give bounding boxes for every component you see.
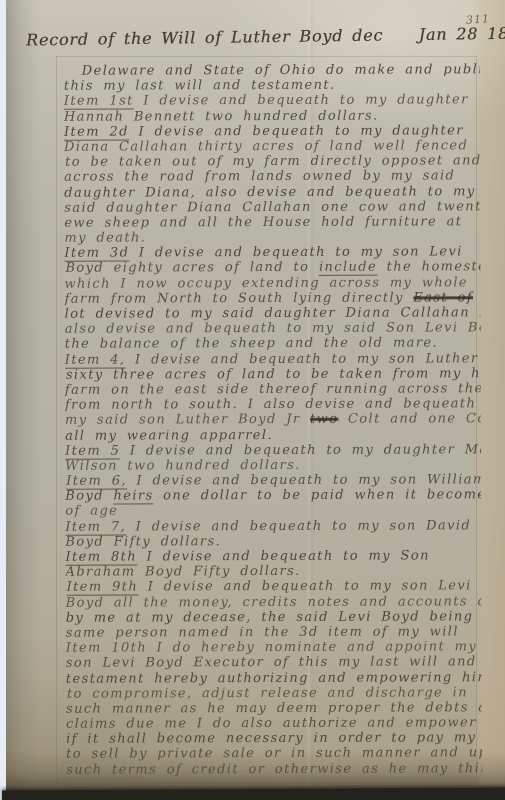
handwriting-line: Item 5 I devise and bequeath to my daugh… <box>65 442 481 459</box>
handwriting-text: Diana Callahan thirty acres of land well… <box>64 138 468 154</box>
handwriting-text: Boyd Fifty dollars. <box>65 534 221 550</box>
handwriting-text: Abraham Boyd Fifty dollars. <box>66 564 301 580</box>
handwriting-text: by me at my decease, the said Levi Boyd … <box>66 609 483 626</box>
handwriting-text: to be taken out of my farm directly oppo… <box>65 153 482 169</box>
handwriting-text: I devise and bequeath to my Son <box>137 548 430 564</box>
handwriting-line: such manner as he may deem proper the de… <box>66 700 482 717</box>
handwriting-text: to compromise, adjust release and discha… <box>67 685 468 701</box>
underlined-text: Item 8th <box>65 549 137 565</box>
underlined-text: Item 3d <box>64 246 129 262</box>
handwriting-line: Item 4, I devise and bequeath to my son … <box>65 351 481 368</box>
bottom-page-shadow <box>6 750 505 792</box>
handwriting-line: Hannah Bennett two hundred dollars. <box>64 108 480 125</box>
handwriting-line: Boyd all the money, credits notes and ac… <box>66 594 482 611</box>
handwriting-line: ewe sheep and all the House hold furnitu… <box>64 214 480 231</box>
handwriting-line: which I now occupy extending across my w… <box>64 275 480 292</box>
handwriting-line: from north to south. I also devise and b… <box>65 396 481 413</box>
handwriting-line: all my wearing apparrel. <box>65 427 481 444</box>
handwriting-line: of age <box>65 503 481 520</box>
underlined-text: Item 2d <box>64 124 129 140</box>
book-edge-band <box>2 787 505 800</box>
handwriting-text: all my wearing apparrel. <box>65 428 273 444</box>
handwriting-line: farm on the east side thereof running ac… <box>65 381 481 398</box>
underlined-text: Item 4, <box>65 352 126 368</box>
handwriting-text: testament hereby authorizing and empower… <box>66 670 482 686</box>
handwriting-line: Diana Callahan thirty acres of land well… <box>64 138 480 155</box>
handwriting-text: I devise and bequeath to my son Levi <box>138 579 472 595</box>
handwriting-text: if it shall become necessary in order to… <box>66 730 482 747</box>
handwriting-text: I devise and bequeath to my daughter <box>129 123 464 139</box>
handwriting-lines: Delaware and State of Ohio do make and p… <box>64 62 482 779</box>
handwriting-line: daughter Diana, also devise and bequeath… <box>64 184 480 201</box>
handwriting-line: claims due me I do also authorize and em… <box>66 715 482 732</box>
handwriting-text: claims due me I do also authorize and em… <box>66 715 482 732</box>
handwriting-text: said daughter Diana Callahan one cow and… <box>64 199 482 215</box>
handwriting-line: to compromise, adjust release and discha… <box>67 685 482 702</box>
underlined-text: Item 9th <box>67 580 139 596</box>
handwriting-text: son Levi Boyd Executor of this my last w… <box>66 655 477 671</box>
underlined-text: include <box>319 260 377 276</box>
handwriting-line: Boyd eighty acres of land to include the… <box>65 260 481 277</box>
struck-text: East of <box>413 290 473 305</box>
handwriting-text: I devise and bequeath to my son William <box>127 472 482 488</box>
handwriting-text: sixty three acres of land to be taken fr… <box>66 366 482 383</box>
handwriting-line: by me at my decease, the said Levi Boyd … <box>66 609 482 626</box>
handwriting-text: the balance of the sheep and the old mar… <box>65 336 438 352</box>
handwriting-line: Item 10th I do hereby nominate and appoi… <box>66 639 482 656</box>
handwriting-text: Item 10th I do hereby nominate and appoi… <box>66 639 477 655</box>
handwriting-text: I devise and bequeath to my daughter Mar… <box>120 442 482 458</box>
handwriting-text: I devise and bequeath to my son Levi <box>129 245 463 261</box>
handwriting-text: Boyd all the money, credits notes and ac… <box>66 594 483 611</box>
handwriting-line: Abraham Boyd Fifty dollars. <box>66 563 482 580</box>
handwriting-line: to be taken out of my farm directly oppo… <box>65 153 481 170</box>
underlined-text: Item 1st <box>64 94 134 110</box>
handwriting-line: Item 1st I devise and bequeath to my dau… <box>64 93 480 110</box>
handwriting-line: my death. <box>64 229 480 246</box>
handwriting-line: Delaware and State of Ohio do make and p… <box>82 62 480 79</box>
handwriting-text: farm from North to South lying directly <box>65 290 414 306</box>
handwriting-text: I devise and bequeath to my son Luther B… <box>125 351 482 367</box>
handwriting-line: same person named in the 3d item of my w… <box>66 624 482 641</box>
handwriting-text: from north to south. I also devise and b… <box>65 396 482 413</box>
handwriting-text: I devise and bequeath to my son David <box>126 518 471 534</box>
handwriting-line: lot devised to my said daughter Diana Ca… <box>65 305 481 322</box>
handwriting-text: across the road from lands owned by my s… <box>64 169 455 185</box>
handwriting-line: my said son Luther Boyd Jr two Colt and … <box>65 412 481 429</box>
handwriting-text: this my last will and testament. <box>64 78 336 94</box>
underlined-text: Item 7, <box>65 519 126 535</box>
handwriting-text: one dollar to be paid when it becomes <box>154 487 483 503</box>
handwriting-text: my death. <box>64 231 146 246</box>
struck-text: two <box>310 412 338 427</box>
handwriting-text: my said son Luther Boyd Jr <box>65 412 310 428</box>
handwriting-line: sixty three acres of land to be taken fr… <box>66 366 482 383</box>
handwriting-line: the balance of the sheep and the old mar… <box>65 336 481 353</box>
handwriting-text: Boyd <box>65 489 113 504</box>
handwriting-line: also devise and bequeath to my said Son … <box>65 320 481 337</box>
handwriting-line: Wilson two hundred dollars. <box>65 457 481 474</box>
handwriting-line: Item 9th I devise and bequeath to my son… <box>67 579 483 596</box>
handwriting-line: Item 3d I devise and bequeath to my son … <box>64 245 480 262</box>
handwriting-text: same person named in the 3d item of my w… <box>66 624 459 640</box>
handwriting-line: Item 2d I devise and bequeath to my daug… <box>64 123 480 140</box>
handwriting-line: Boyd heirs one dollar to be paid when it… <box>65 488 481 505</box>
handwriting-line: testament hereby authorizing and empower… <box>66 670 482 687</box>
handwriting-line: Item 7, I devise and bequeath to my son … <box>65 518 481 535</box>
underlined-text: heirs <box>113 489 153 505</box>
handwriting-line: Boyd Fifty dollars. <box>65 533 481 550</box>
handwriting-line: if it shall become necessary in order to… <box>66 731 482 748</box>
handwriting-text: lot devised to my said daughter Diana Ca… <box>65 305 483 321</box>
handwriting-text: the homestead <box>377 260 482 275</box>
handwriting-line: said daughter Diana Callahan one cow and… <box>64 199 480 216</box>
handwriting-text: Delaware and State of Ohio do make and p… <box>82 62 482 78</box>
handwriting-text: of age <box>65 504 118 519</box>
scanned-ledger-page: 311 Record of the Will of Luther Boyd de… <box>0 0 505 800</box>
handwriting-line: this my last will and testament. <box>64 77 480 94</box>
handwriting-text: ewe sheep and all the House hold furnitu… <box>64 214 462 230</box>
handwriting-text: also devise and bequeath to my said Son … <box>65 320 483 337</box>
handwriting-text: Wilson two hundred dollars. <box>65 458 301 474</box>
handwriting-text: Colt and one Cow and <box>338 411 482 427</box>
handwriting-line: farm from North to South lying directly … <box>65 290 481 307</box>
handwriting-text: such manner as he may deem proper the de… <box>66 700 482 717</box>
handwriting-text: farm on the east side thereof running ac… <box>65 381 482 398</box>
underlined-text: Item 5 <box>65 443 120 459</box>
handwriting-text: Hannah Bennett two hundred dollars. <box>64 108 379 124</box>
handwriting-line: Item 6, I devise and bequeath to my son … <box>66 472 482 489</box>
handwriting-line: son Levi Boyd Executor of this my last w… <box>66 655 482 672</box>
handwriting-line: Item 8th I devise and bequeath to my Son <box>65 548 481 565</box>
handwriting-text: which I now occupy extending across my w… <box>64 275 468 291</box>
handwriting-text: I devise and bequeath to my daughter <box>134 93 469 109</box>
ledger-paper: 311 Record of the Will of Luther Boyd de… <box>6 0 505 800</box>
handwriting-line: across the road from lands owned by my s… <box>64 169 480 186</box>
underlined-text: Item 6, <box>66 474 127 490</box>
handwriting-text: Boyd eighty acres of land to <box>65 260 319 276</box>
handwriting-text: daughter Diana, also devise and bequeath… <box>64 184 475 200</box>
